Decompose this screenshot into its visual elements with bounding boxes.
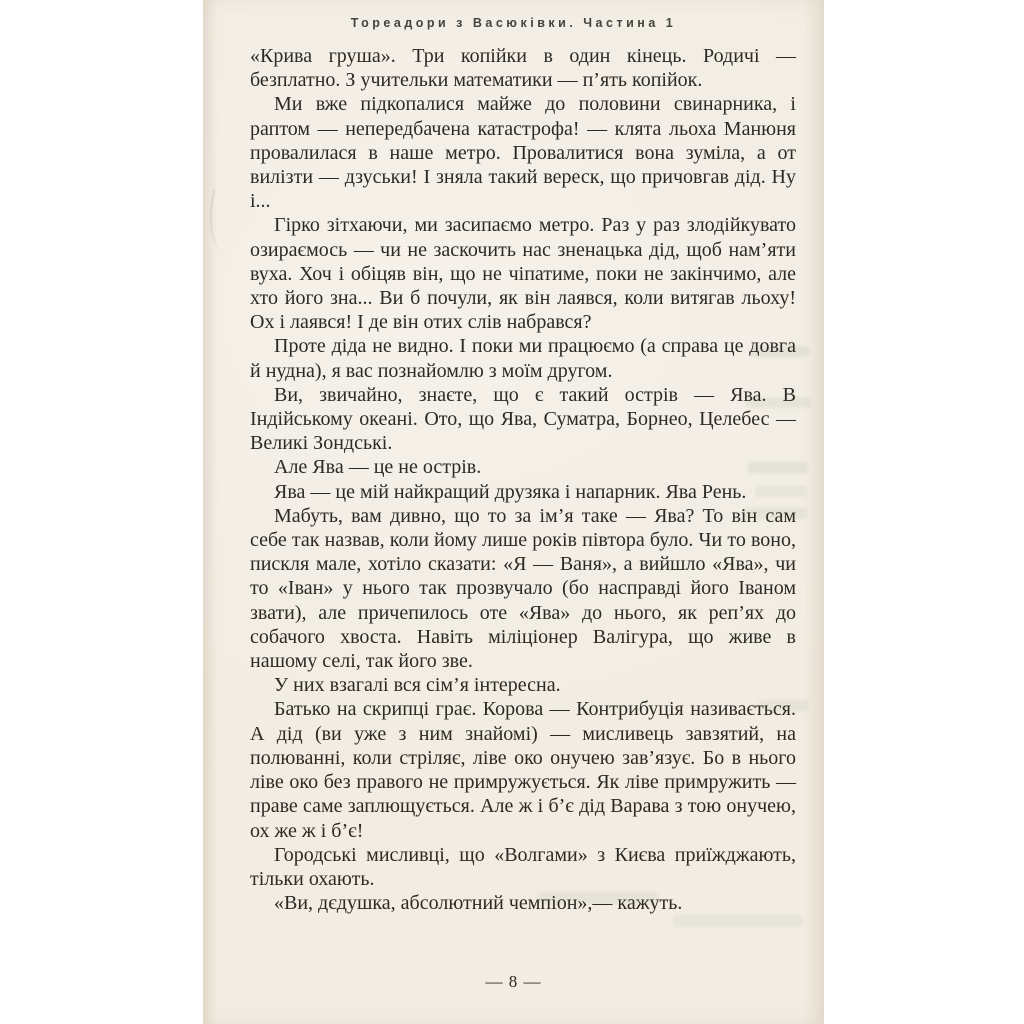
body-text: «Крива груша». Три копійки в один кінець… — [250, 44, 796, 915]
page-number: — 8 — — [203, 972, 824, 992]
ink-bleed-through — [673, 915, 803, 927]
paragraph: Городські мисливці, що «Волгами» з Києва… — [250, 843, 796, 891]
paragraph: Але Ява — це не острів. — [250, 455, 796, 479]
paragraph: У них взагалі вся сім’я інтересна. — [250, 673, 796, 697]
book-page: Тореадори з Васюківки. Частина 1 «Крива … — [203, 0, 824, 1024]
paragraph: Мабуть, вам дивно, що то за ім’я таке — … — [250, 504, 796, 673]
running-header: Тореадори з Васюківки. Частина 1 — [203, 16, 824, 30]
paragraph: Ви, звичайно, знаєте, що є такий острів … — [250, 383, 796, 456]
paragraph: «Крива груша». Три копійки в один кінець… — [250, 44, 796, 92]
paragraph: Батько на скрипці грає. Корова — Контриб… — [250, 697, 796, 842]
paragraph: Гірко зітхаючи, ми засипаємо метро. Раз … — [250, 213, 796, 334]
paragraph: «Ви, дєдушка, абсолютний чемпіон»,— кажу… — [250, 891, 796, 915]
paragraph: Ми вже підкопалися майже до половини сви… — [250, 92, 796, 213]
paragraph: Ява — це мій найкращий друзяка і напарни… — [250, 480, 796, 504]
paper-crease — [199, 189, 244, 257]
scan-background: Тореадори з Васюківки. Частина 1 «Крива … — [0, 0, 1024, 1024]
paragraph: Проте діда не видно. І поки ми працюємо … — [250, 334, 796, 382]
